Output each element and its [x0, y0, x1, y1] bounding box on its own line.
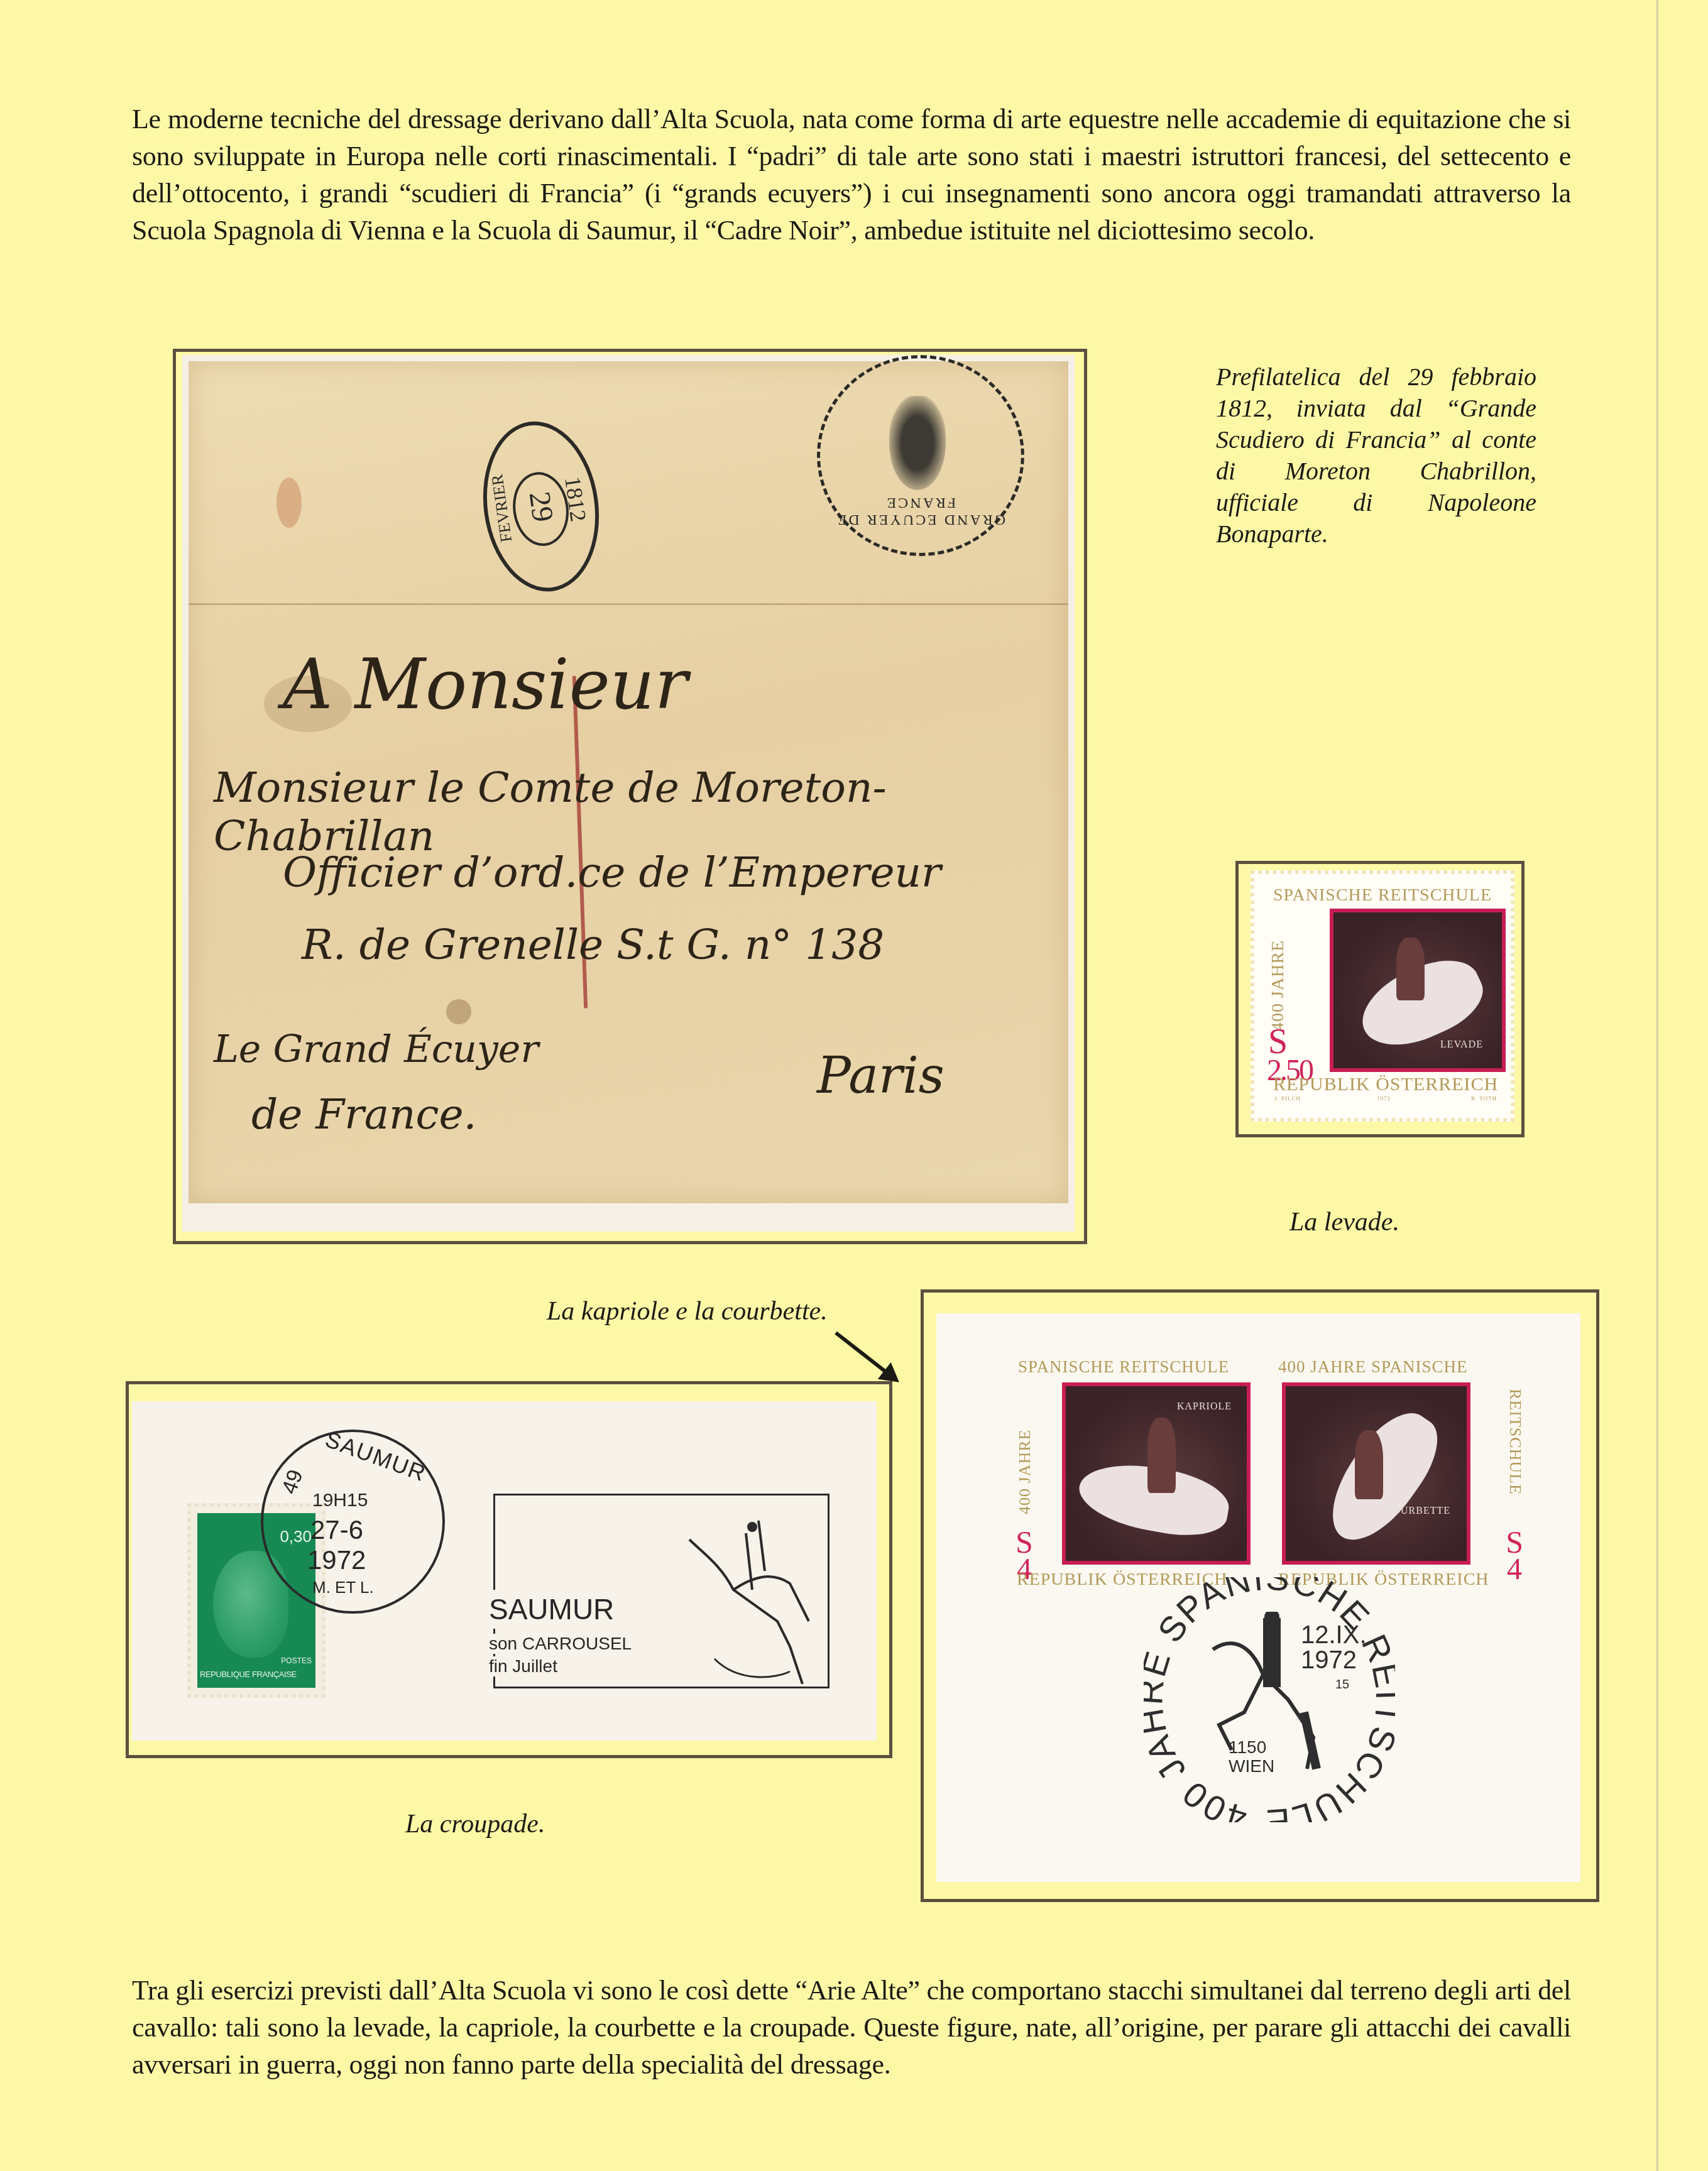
cancel-zip: 1150 [1229, 1737, 1266, 1758]
pair-caption: La kapriole e la courbette. [547, 1296, 828, 1327]
cancel-hour: 15 [1335, 1678, 1349, 1692]
rider-figure [1355, 1430, 1383, 1499]
flamme-line-2: fin Juillet [486, 1656, 560, 1676]
arrow-icon [835, 1332, 896, 1381]
image-label: KAPRIOLE [1177, 1401, 1232, 1413]
cds-dept: 49 [277, 1467, 309, 1497]
stamp-bottom-text: REPUBLIK ÖSTERREICH [1273, 1074, 1498, 1095]
stain [276, 478, 302, 528]
stamp-top-text: SPANISCHE REITSCHULE [1018, 1357, 1229, 1377]
postmark-month: FEVRIER [488, 473, 516, 543]
courbette-image: COURBETTE [1282, 1382, 1470, 1565]
horse-figure [1313, 1398, 1453, 1556]
address-line-1: A Monsieur [283, 644, 687, 725]
cds-date: 27-6 [310, 1515, 363, 1545]
cancel-date: 12.IX. [1301, 1621, 1367, 1649]
french-stamp-country: REPUBLIQUE FRANÇAISE [200, 1670, 297, 1679]
date-postmark: 29 1812 FEVRIER [473, 414, 610, 599]
french-stamp-postes: POSTES [281, 1656, 312, 1665]
letter-description: Prefilatelica del 29 febbraio 1812, invi… [1216, 361, 1536, 550]
stain [446, 999, 471, 1024]
cancel-city: WIEN [1229, 1756, 1274, 1776]
letter-fold [189, 603, 1068, 605]
sender-line-1: Le Grand Écuyer [214, 1027, 539, 1071]
rider-figure [1396, 938, 1425, 1000]
levade-image: LEVADE [1330, 909, 1506, 1072]
stamp-year: 1972 [1377, 1095, 1391, 1102]
kapriole-stamp: SPANISCHE REITSCHULE 400 JAHRE S 4 KAPRI… [1012, 1351, 1263, 1596]
stamp-value: 4 [1507, 1552, 1522, 1587]
address-line-2: Monsieur le Comte de Moreton-Chabrillan [214, 763, 1068, 860]
flamme-title: SAUMUR [486, 1590, 616, 1629]
stamp-side-text: REITSCHULE [1506, 1389, 1525, 1527]
stamp-top-text: 400 JAHRE SPANISCHE [1278, 1357, 1468, 1377]
address-line-3: Officier d’ord.ce de l’Empereur [283, 848, 941, 897]
address-line-5: Paris [817, 1046, 944, 1105]
stamp-top-text: SPANISCHE REITSCHULE [1273, 885, 1492, 905]
eagle-emblem-icon [889, 396, 946, 490]
levade-caption: La levade. [1289, 1206, 1399, 1238]
stamp-designer-left: J. PILCH [1274, 1095, 1301, 1102]
saumur-datestamp: 49 SAUMUR 19H15 27-6 1972 M. ET L. [261, 1430, 445, 1614]
rider-figure [1147, 1418, 1176, 1493]
cds-year: 1972 [307, 1545, 366, 1575]
horse-rider-icon [664, 1496, 828, 1684]
saumur-slogan-cancel: SAUMUR son CARROUSEL fin Juillet [493, 1494, 829, 1688]
page-edge [1656, 0, 1658, 2171]
image-label: LEVADE [1440, 1039, 1483, 1051]
stamp-designer-right: R. TOTH [1471, 1095, 1497, 1102]
prephilatelic-letter: 29 1812 FEVRIER GRAND ECUYER DE FRANCE A… [189, 361, 1068, 1203]
kapriole-image: KAPRIOLE [1062, 1382, 1251, 1565]
address-line-4: R. de Grenelle S.t G. n° 138 [302, 921, 884, 969]
cds-time: 19H15 [312, 1490, 368, 1511]
levade-stamp: SPANISCHE REITSCHULE 400 JAHRE S 2.50 LE… [1251, 870, 1514, 1122]
postmark-day: 29 [522, 489, 560, 523]
closing-paragraph: Tra gli esercizi previsti dall’Alta Scuo… [132, 1972, 1571, 2083]
seal-text: GRAND ECUYER DE FRANCE [820, 494, 1021, 528]
intro-paragraph: Le moderne tecniche del dressage derivan… [132, 101, 1571, 249]
sender-line-2: de France. [251, 1090, 477, 1139]
cancel-year: 1972 [1301, 1646, 1357, 1675]
courbette-stamp: 400 JAHRE SPANISCHE REITSCHULE S 4 COURB… [1276, 1351, 1527, 1596]
cds-region: M. ET L. [312, 1578, 374, 1597]
flamme-line-1: son CARROUSEL [486, 1634, 634, 1654]
stamp-side-text: 400 JAHRE [1268, 924, 1288, 1031]
grand-ecuyer-seal-postmark: GRAND ECUYER DE FRANCE [817, 355, 1024, 556]
croupade-caption: La croupade. [405, 1808, 545, 1840]
stamp-side-text: 400 JAHRE [1015, 1389, 1034, 1514]
image-label: COURBETTE [1386, 1506, 1450, 1517]
postmark-year: 1812 [559, 475, 592, 523]
wien-commemorative-cancel: 400 JAHRE SPANISCHE REITSCHULE 12.IX. 19… [1144, 1577, 1395, 1822]
